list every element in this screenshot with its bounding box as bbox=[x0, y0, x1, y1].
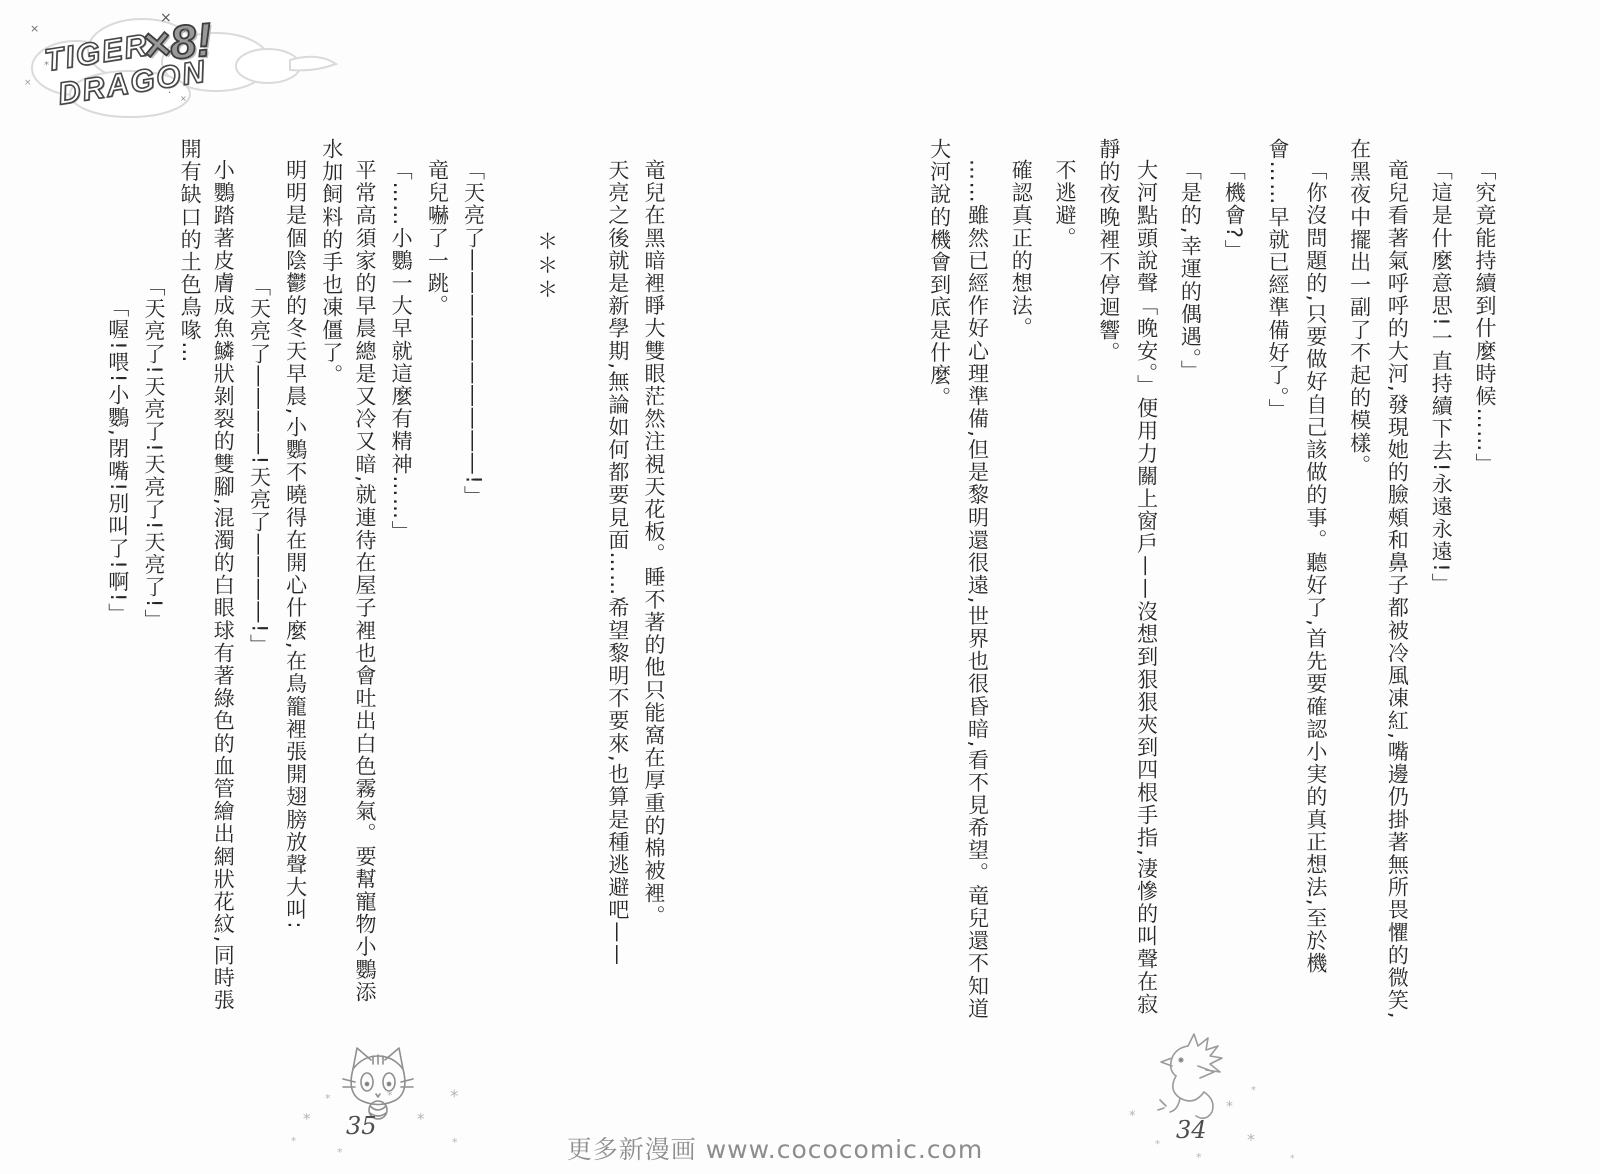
paragraph: 竜兒在黑暗裡睜大雙眼茫然注視天花板。睡不著的他只能窩在厚重的棉被裡。 bbox=[637, 138, 670, 1024]
star-decoration: * bbox=[325, 1093, 331, 1104]
paragraph: 明明是個陰鬱的冬天早晨,小鸚不曉得在開心什麼,在鳥籠裡張開翅膀放聲大叫: bbox=[278, 138, 311, 1024]
paragraph: 大河點頭說聲「晚安。」便用力關上窗戶——沒想到狠狠夾到四根手指,淒慘的叫聲在寂靜… bbox=[1089, 138, 1165, 1024]
paragraph: 「天亮了!天亮了!天亮了!天亮了!」 bbox=[137, 138, 170, 1024]
sparkle-icon: × bbox=[160, 10, 172, 26]
page-35-text-block: 竜兒在黑暗裡睜大雙眼茫然注視天花板。睡不著的他只能窩在厚重的棉被裡。 天亮之後就… bbox=[98, 138, 670, 1024]
scanned-novel-spread: TIGER×8! DRAGON × × · × × * × 「究竟能持續到什麼時… bbox=[0, 0, 1600, 1174]
star-decoration: * bbox=[1251, 1086, 1256, 1096]
dragon-doodle-icon bbox=[1140, 1030, 1232, 1126]
paragraph: 天亮之後就是新學期,無論如何都要見面……希望黎明不要來,也算是種逃避吧—— bbox=[601, 138, 634, 1024]
star-decoration: * bbox=[417, 1112, 425, 1127]
paragraph: 「究竟能持續到什麼時候……」 bbox=[1465, 138, 1503, 1024]
sparkle-icon: × bbox=[30, 22, 39, 35]
paragraph: 「天亮了――――――――――!」 bbox=[456, 138, 489, 1024]
star-decoration: * bbox=[1226, 1100, 1233, 1114]
paragraph: 「機會?」 bbox=[1214, 138, 1252, 1024]
paragraph: ……雖然已經作好心理準備,但是黎明還很遠,世界也很昏暗,看不見希望。竜兒還不知道… bbox=[920, 138, 996, 1024]
logo-x8-text: ×8! bbox=[140, 12, 214, 73]
section-separator: ＊＊＊ bbox=[529, 138, 562, 1024]
tiger-dragon-logo: TIGER×8! DRAGON × × · × × * × bbox=[18, 4, 348, 129]
sparkle-icon: * bbox=[44, 60, 49, 71]
paragraph: 小鸚踏著皮膚成魚鱗狀剝裂的雙腳,混濁的白眼球有著綠色的血管繪出網狀花紋,同時張開… bbox=[173, 138, 239, 1024]
footer-site-text: 更多新漫画 www.cococomic.com bbox=[0, 1130, 1550, 1166]
paragraph: 「這是什麼意思!一直持續下去!永遠永遠!」 bbox=[1421, 138, 1459, 1024]
star-decoration: * bbox=[303, 1112, 311, 1127]
sparkle-icon: × bbox=[182, 26, 190, 36]
sparkle-icon: × bbox=[24, 78, 32, 88]
star-decoration: * bbox=[1129, 1110, 1136, 1123]
sparkle-icon: × bbox=[180, 94, 187, 103]
paragraph: 「是的,幸運的偶遇。」 bbox=[1171, 138, 1209, 1024]
paragraph: 「你沒問題的,只要做好自己該做的事。聽好了,首先要確認小実的真正想法,至於機會…… bbox=[1258, 138, 1334, 1024]
paragraph: 竜兒嚇了一跳。 bbox=[420, 138, 453, 1024]
star-decoration: * bbox=[450, 1089, 459, 1106]
paragraph: 不逃避。 bbox=[1045, 138, 1083, 1024]
paragraph: 「喔!喂!小鸚,閉嘴!別叫了!啊!」 bbox=[101, 138, 134, 1024]
sparkle-icon: · bbox=[168, 88, 171, 99]
star-decoration: * bbox=[387, 1090, 393, 1101]
paragraph: 確認真正的想法。 bbox=[1001, 138, 1039, 1024]
paragraph: 「……小鸚一大早就這麼有精神……」 bbox=[384, 138, 417, 1024]
paragraph: 平常高須家的早晨總是又冷又暗,就連待在屋子裡也會吐出白色霧氣。要幫寵物小鸚添水加… bbox=[315, 138, 381, 1024]
page-34-text-block: 「究竟能持續到什麼時候……」 「這是什麼意思!一直持續下去!永遠永遠!」 竜兒看… bbox=[914, 138, 1503, 1024]
paragraph: 「天亮了――――!天亮了――――!」 bbox=[242, 138, 275, 1024]
paragraph: 竜兒看著氣呼呼的大河,發現她的臉頰和鼻子都被冷風凍紅,嘴邊仍掛著無所畏懼的微笑,… bbox=[1340, 138, 1416, 1024]
